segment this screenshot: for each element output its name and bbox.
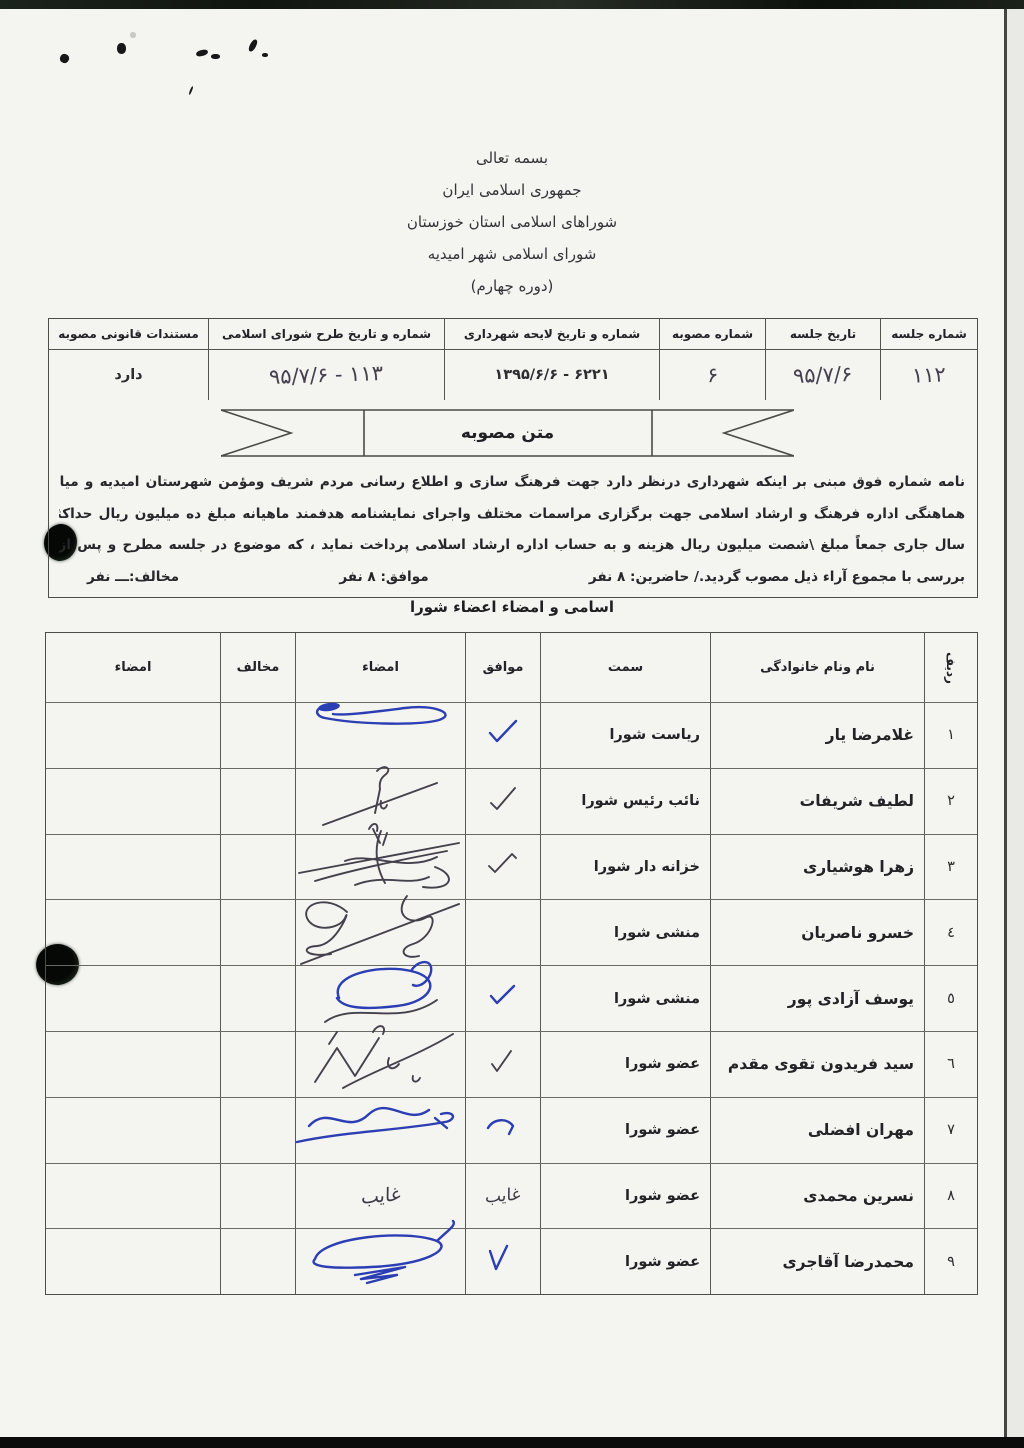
col-header-position: سمت <box>540 633 710 702</box>
absent-note: غایب <box>361 1183 401 1209</box>
meta-header-session-no: شماره جلسه <box>880 319 977 350</box>
meta-value-bill-no-date: ۱۳۹۵/۶/۶ - ۶۲۲۱ <box>444 350 659 400</box>
ink-mark <box>211 54 220 59</box>
row-number: ۱ <box>924 702 977 768</box>
tally-present: بررسی با مجموع آراء ذیل مصوب گردید./ حاض… <box>589 562 965 594</box>
tally-oppose: مخالف:ـــ نفر <box>87 562 179 594</box>
bismillah-line: بسمه تعالی <box>0 142 1024 174</box>
check-mark-icon <box>482 1241 524 1277</box>
ink-mark <box>262 53 268 57</box>
scanner-edge-bottom <box>0 1437 1024 1448</box>
oppose-signature-cell <box>46 834 220 900</box>
oppose-cell <box>220 834 295 900</box>
city-council-line: شورای اسلامی شهر امیدیه <box>0 238 1024 270</box>
agree-cell <box>465 1031 540 1097</box>
absent-note: غایب <box>485 1184 521 1207</box>
oppose-signature-cell <box>46 768 220 834</box>
oppose-cell <box>220 1031 295 1097</box>
oppose-signature-cell <box>46 1097 220 1163</box>
check-mark-icon <box>482 781 524 817</box>
oppose-signature-cell <box>46 702 220 768</box>
member-position: عضو شورا <box>540 1097 710 1163</box>
resolution-line-1: نامه شماره فوق مبنی بر اینکه شهرداری درن… <box>59 467 965 499</box>
member-name: زهرا هوشیاری <box>710 834 924 900</box>
ink-mark <box>130 32 136 38</box>
member-position: نائب رئیس شورا <box>540 768 710 834</box>
member-position: ریاست شورا <box>540 702 710 768</box>
oppose-cell <box>220 1163 295 1229</box>
check-mark-icon <box>482 715 524 751</box>
member-name: نسرین محمدی <box>710 1163 924 1229</box>
meta-value-session-no: ۱۱۲ <box>880 350 977 400</box>
member-name: خسرو ناصریان <box>710 899 924 965</box>
signature-scribble <box>285 1215 475 1307</box>
meta-table: شماره جلسه تاریخ جلسه شماره مصوبه شماره … <box>49 319 977 400</box>
scanned-document-page: بسمه تعالی جمهوری اسلامی ایران شوراهای ا… <box>0 0 1024 1448</box>
meta-header-bill-no-date: شماره و تاریخ لایحه شهرداری <box>444 319 659 350</box>
oppose-signature-cell <box>46 965 220 1031</box>
member-position: منشی شورا <box>540 899 710 965</box>
ink-mark <box>195 49 208 58</box>
row-number: ۲ <box>924 768 977 834</box>
tally-agree: موافق: ۸ نفر <box>339 562 428 594</box>
meta-value-legal-docs: دارد <box>49 350 208 400</box>
oppose-signature-cell <box>46 899 220 965</box>
col-header-oppose: مخالف <box>220 633 295 702</box>
oppose-cell <box>220 1228 295 1294</box>
oppose-cell <box>220 768 295 834</box>
signature-scribble <box>285 1084 475 1176</box>
check-mark-icon <box>482 1044 524 1080</box>
oppose-signature-cell <box>46 1228 220 1294</box>
resolution-text: نامه شماره فوق مبنی بر اینکه شهرداری درن… <box>49 461 977 597</box>
province-council-line: شوراهای اسلامی استان خوزستان <box>0 206 1024 238</box>
agree-cell <box>465 1097 540 1163</box>
country-line: جمهوری اسلامی ایران <box>0 174 1024 206</box>
row-number: ٥ <box>924 965 977 1031</box>
member-name: غلامرضا یار <box>710 702 924 768</box>
agree-cell: غایب <box>465 1163 540 1229</box>
row-number: ۸ <box>924 1163 977 1229</box>
member-position: عضو شورا <box>540 1163 710 1229</box>
agree-cell <box>465 899 540 965</box>
meta-value-resolution-no: ۶ <box>659 350 765 400</box>
member-name: لطیف شریفات <box>710 768 924 834</box>
member-name: یوسف آزادی پور <box>710 965 924 1031</box>
oppose-signature-cell <box>46 1163 220 1229</box>
check-mark-icon <box>482 1110 524 1146</box>
agree-cell <box>465 965 540 1031</box>
row-no-label: ردیف <box>944 652 958 684</box>
agree-cell <box>465 1228 540 1294</box>
col-header-agree: موافق <box>465 633 540 702</box>
check-mark-icon <box>482 847 524 883</box>
member-name: مهران افضلی <box>710 1097 924 1163</box>
members-section-title: اسامی و امضاء اعضاء شورا <box>48 598 976 616</box>
member-position: منشی شورا <box>540 965 710 1031</box>
resolution-line-3: سال جاری جمعاً مبلغ \شصت میلیون ریال هزی… <box>59 530 965 562</box>
scanner-edge-top <box>0 0 1024 9</box>
row-number: ۷ <box>924 1097 977 1163</box>
member-position: عضو شورا <box>540 1228 710 1294</box>
meta-header-session-date: تاریخ جلسه <box>765 319 880 350</box>
member-name: محمدرضا آقاجری <box>710 1228 924 1294</box>
ink-mark <box>59 53 71 65</box>
col-header-name: نام ونام خانوادگی <box>710 633 924 702</box>
resolution-banner: متن مصوبه <box>221 409 794 457</box>
col-header-signature-2: امضاء <box>46 633 220 702</box>
ink-mark <box>117 43 126 54</box>
row-number: ٤ <box>924 899 977 965</box>
members-table: ردیف نام ونام خانوادگی سمت موافق امضاء م… <box>45 632 978 1295</box>
oppose-cell <box>220 899 295 965</box>
member-name: سید فریدون تقوی مقدم <box>710 1031 924 1097</box>
ink-mark <box>188 86 193 95</box>
row-number: ۳ <box>924 834 977 900</box>
member-position: عضو شورا <box>540 1031 710 1097</box>
agree-cell <box>465 702 540 768</box>
term-line: (دوره چهارم) <box>0 270 1024 302</box>
meta-header-resolution-no: شماره مصوبه <box>659 319 765 350</box>
row-number: ٦ <box>924 1031 977 1097</box>
oppose-signature-cell <box>46 1031 220 1097</box>
meta-value-session-date: ۹۵/۷/۶ <box>765 350 880 400</box>
resolution-line-2: هماهنگی اداره فرهنگ و ارشاد اسلامی جهت ب… <box>59 499 965 531</box>
meta-header-legal-docs: مستندات قانونی مصوبه <box>49 319 208 350</box>
resolution-box: شماره جلسه تاریخ جلسه شماره مصوبه شماره … <box>48 318 978 598</box>
signature-cell <box>295 1097 465 1163</box>
check-mark-icon <box>482 978 524 1014</box>
oppose-cell <box>220 1097 295 1163</box>
meta-header-plan-no-date: شماره و تاریخ طرح شورای اسلامی <box>208 319 444 350</box>
vote-tally-line: بررسی با مجموع آراء ذیل مصوب گردید./ حاض… <box>59 562 965 594</box>
row-number: ۹ <box>924 1228 977 1294</box>
members-grid: ردیف نام ونام خانوادگی سمت موافق امضاء م… <box>46 633 977 1294</box>
signature-cell <box>295 1228 465 1294</box>
col-header-row-no: ردیف <box>924 633 977 702</box>
oppose-cell <box>220 965 295 1031</box>
oppose-cell <box>220 702 295 768</box>
meta-value-plan-no-date: ۹۵/۷/۶ - ۱۱۳ <box>208 350 444 400</box>
banner-title: متن مصوبه <box>364 409 652 457</box>
letterhead: بسمه تعالی جمهوری اسلامی ایران شوراهای ا… <box>0 142 1024 302</box>
agree-cell <box>465 834 540 900</box>
ink-mark <box>247 38 258 52</box>
agree-cell <box>465 768 540 834</box>
member-position: خزانه دار شورا <box>540 834 710 900</box>
